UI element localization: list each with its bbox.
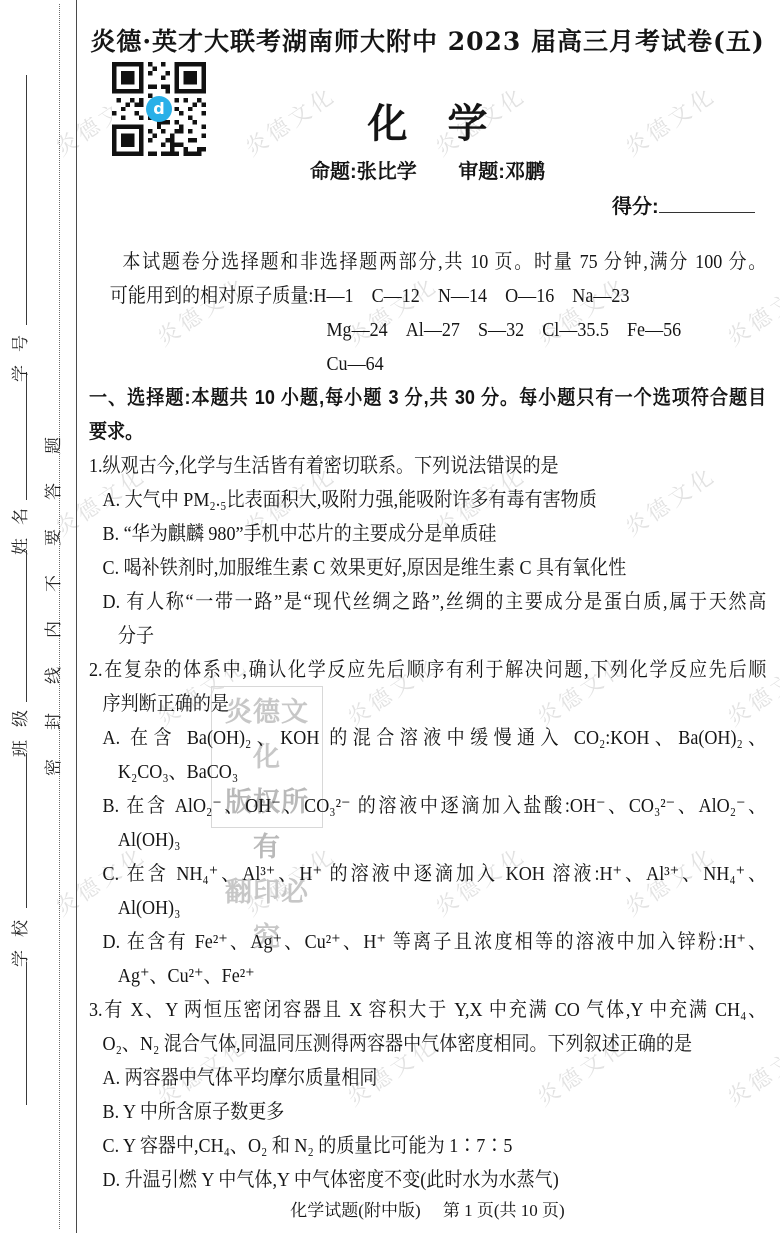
q2-stem-line-1: 2.在复杂的体系中,确认化学反应先后顺序有利于解决问题,下列化学反应先后顺 [89,653,766,687]
seal-line-text: 密封线内不要答题 [44,401,64,783]
exam-title: 炎德·英才大联考湖南师大附中 2023 届高三月考试卷(五) [89,22,766,58]
q1-option-c: C. 喝补铁剂时,加服维生素 C 效果更好,原因是维生素 C 具有氧化性 [103,551,767,585]
q1-stem: 1.纵观古今,化学与生活皆有着密切联系。下列说法错误的是 [89,449,766,483]
subject-title: 化 学 [89,92,766,149]
score-label: 得分: [612,196,659,218]
field-blank-line [26,550,27,702]
q1-option-d-line-1: D. 有人称“一带一路”是“现代丝绸之路”,丝绸的主要成分是蛋白质,属于天然高 [103,585,767,619]
exam-body: 本试题卷分选择题和非选择题两部分,共 10 页。时量 75 分钟,满分 100 … [89,245,766,1197]
atomic-masses-line-2: Mg—24 Al—27 S—32 Cl—35.5 Fe—56 [326,313,766,347]
q3-stem-line-1: 3.有 X、Y 两恒压密闭容器且 X 容积大于 Y,X 中充满 CO 气体,Y … [89,993,766,1027]
section-heading-line-1: 一、选择题:本题共 10 小题,每小题 3 分,共 30 分。每小题只有一个选项… [89,381,766,415]
field-label-school: 学校 [11,901,31,973]
q1-option-b: B. “华为麒麟 980”手机中芯片的主要成分是单质硅 [103,517,767,551]
q3-option-a: A. 两容器中气体平均摩尔质量相同 [103,1061,767,1095]
field-label-class: 班级 [11,691,31,763]
q2-option-a-line-1: A. 在含 Ba(OH)₂、KOH 的混合溶液中缓慢通入 CO₂:KOH、Ba(… [103,721,767,755]
field-blank-line [26,753,27,908]
margin-border-line [76,0,77,1233]
field-label-name: 姓名 [11,489,31,561]
setter-label: 命题:张比学 [310,161,417,183]
atomic-masses-line-3: Cu—64 [326,347,766,381]
exam-paper-page: 炎德文化炎德文化炎德文化炎德文化炎德文化炎德文化炎德文化炎德文化炎德文化炎德文化… [0,0,780,1233]
page-footer: 化学试题(附中版) 第 1 页(共 10 页) [89,1196,766,1221]
q1-option-d-line-2: 分子 [118,619,766,653]
field-label-student-id: 学号 [11,316,31,388]
intro-line-1: 本试题卷分选择题和非选择题两部分,共 10 页。时量 75 分钟,满分 100 … [122,245,766,279]
atomic-masses-line-1: 可能用到的相对原子质量:H—1 C—12 N—14 O—16 Na—23 [110,279,766,313]
q2-option-a-line-2: K₂CO₃、BaCO₃ [118,755,766,789]
q2-option-c-line-2: Al(OH)₃ [118,891,766,925]
footer-page-label: 第 1 页(共 10 页) [443,1201,565,1220]
field-blank-line [26,962,27,1105]
q3-option-b: B. Y 中所含原子数更多 [103,1095,767,1129]
q1-option-a: A. 大气中 PM₂.₅比表面积大,吸附力强,能吸附许多有毒有害物质 [103,483,767,517]
score-box: 得分: [612,190,755,219]
setter-reviewer-line: 命题:张比学 审题:邓鹏 [89,155,766,184]
q2-stem-line-2: 序判断正确的是 [103,687,767,721]
q3-option-c: C. Y 容器中,CH₄、O₂ 和 N₂ 的质量比可能为 1∶7∶5 [103,1129,767,1163]
footer-doc-label: 化学试题(附中版) [290,1201,420,1220]
q2-option-b-line-2: Al(OH)₃ [118,823,766,857]
q2-option-c-line-1: C. 在含 NH₄⁺、Al³⁺、H⁺ 的溶液中逐滴加入 KOH 溶液:H⁺、Al… [103,857,767,891]
q2-option-d-line-1: D. 在含有 Fe²⁺、Ag⁺、Cu²⁺、H⁺ 等离子且浓度相等的溶液中加入锌粉… [103,925,767,959]
field-blank-line [26,75,27,325]
q3-option-d: D. 升温引燃 Y 中气体,Y 中气体密度不变(此时水为水蒸气) [103,1163,767,1197]
field-blank-line [26,372,27,500]
q2-option-b-line-1: B. 在含 AlO₂⁻、OH⁻、CO₃²⁻ 的溶液中逐滴加入盐酸:OH⁻、CO₃… [103,789,767,823]
section-heading-line-2: 要求。 [89,415,766,449]
score-blank-line [659,208,755,213]
q2-option-d-line-2: Ag⁺、Cu²⁺、Fe²⁺ [118,959,766,993]
q3-stem-line-2: O₂、N₂ 混合气体,同温同压测得两容器中气体密度相同。下列叙述正确的是 [103,1027,767,1061]
reviewer-label: 审题:邓鹏 [458,161,545,183]
